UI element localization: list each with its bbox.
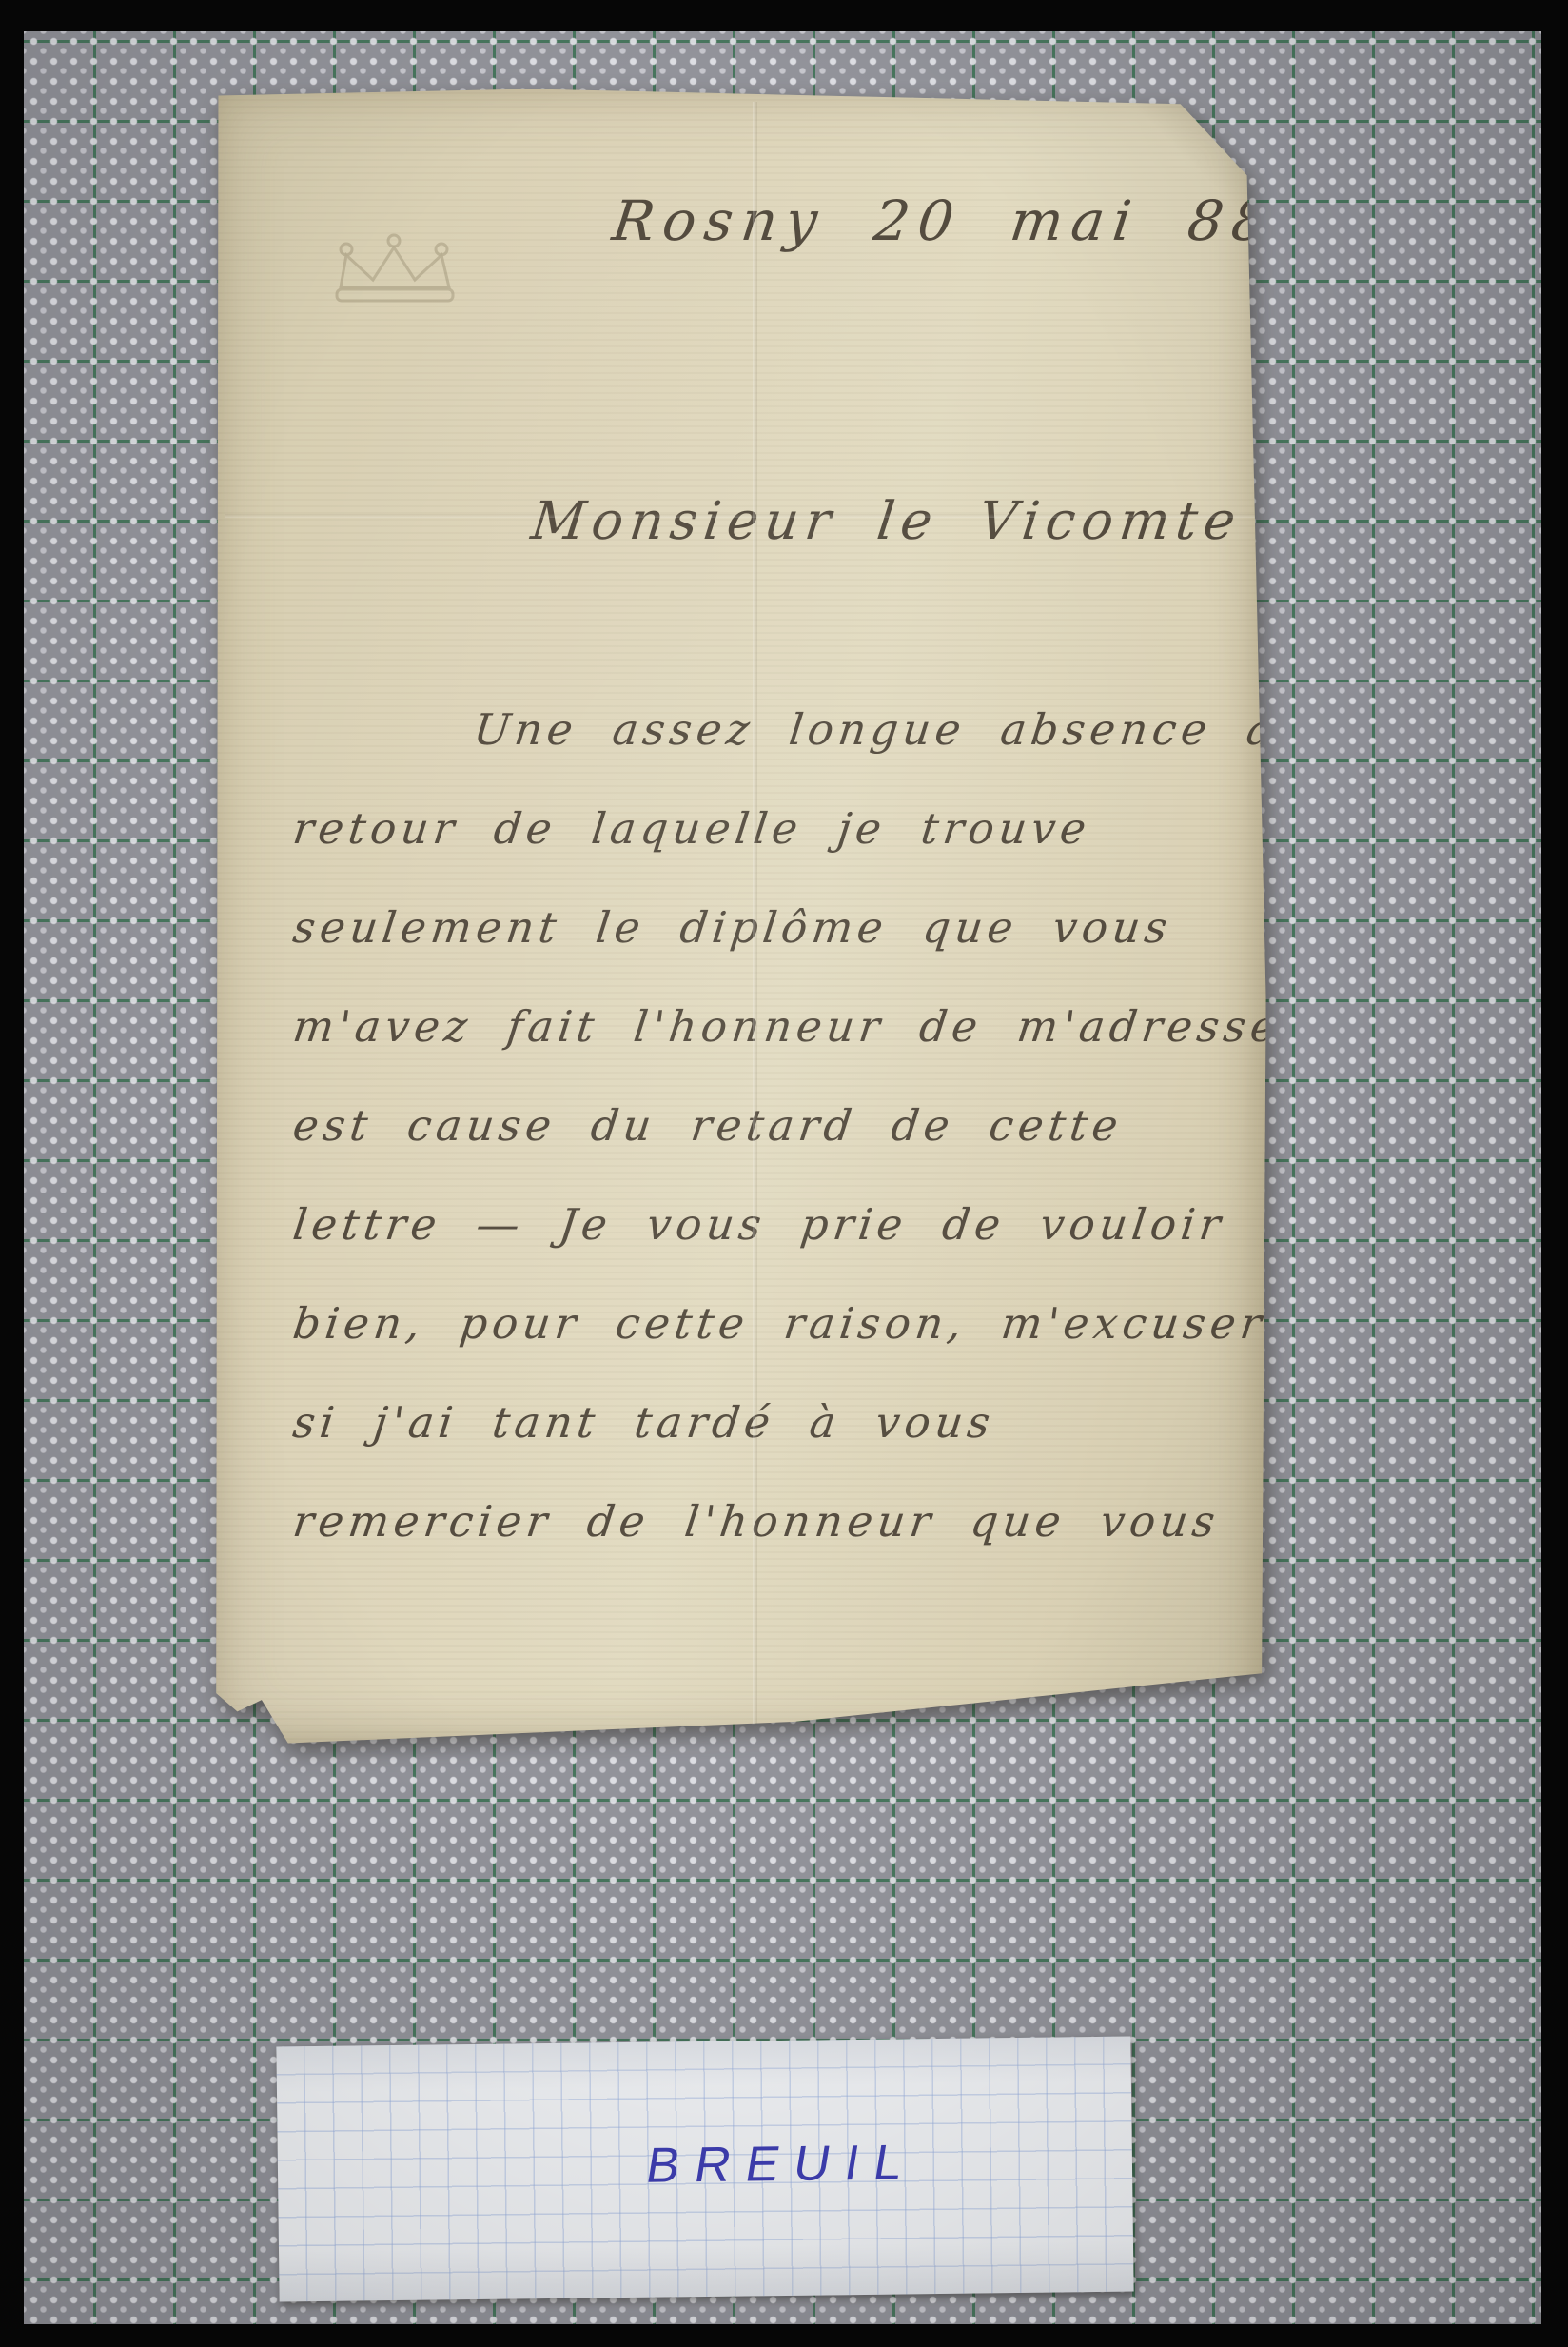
- archive-label: BREUIL: [276, 2037, 1133, 2302]
- letter-salutation: Monsieur le Vicomte: [528, 490, 1245, 551]
- letter-body-line: m'avez fait l'honneur de m'adresser: [290, 1001, 1309, 1052]
- letter-body-line: remercier de l'honneur que vous: [290, 1496, 1223, 1547]
- letter-body-line: si j'ai tant tardé à vous: [290, 1397, 997, 1448]
- crown-emboss-icon: [323, 228, 485, 316]
- letter-body-line: retour de laquelle je trouve: [290, 803, 1093, 854]
- letter-dateline: Rosny 20 mai 88: [609, 188, 1280, 253]
- cutting-mat: Rosny 20 mai 88 Monsieur le Vicomte Une …: [24, 31, 1541, 2324]
- letter-body-line: lettre — Je vous prie de vouloir: [290, 1199, 1228, 1250]
- letter-body-line: seulement le diplôme que vous: [290, 902, 1175, 953]
- letter-body-line: bien, pour cette raison, m'excuser: [290, 1298, 1269, 1349]
- archive-label-text: BREUIL: [642, 2134, 922, 2195]
- letter-body-line: est cause du retard de cette: [290, 1100, 1126, 1151]
- letter-sheet-wrapper: Rosny 20 mai 88 Monsieur le Vicomte Une …: [214, 86, 1270, 1746]
- photo-frame: Rosny 20 mai 88 Monsieur le Vicomte Une …: [0, 0, 1568, 2347]
- letter-paper: Rosny 20 mai 88 Monsieur le Vicomte Une …: [214, 86, 1270, 1746]
- letter-body-line: Une assez longue absence au: [471, 704, 1312, 755]
